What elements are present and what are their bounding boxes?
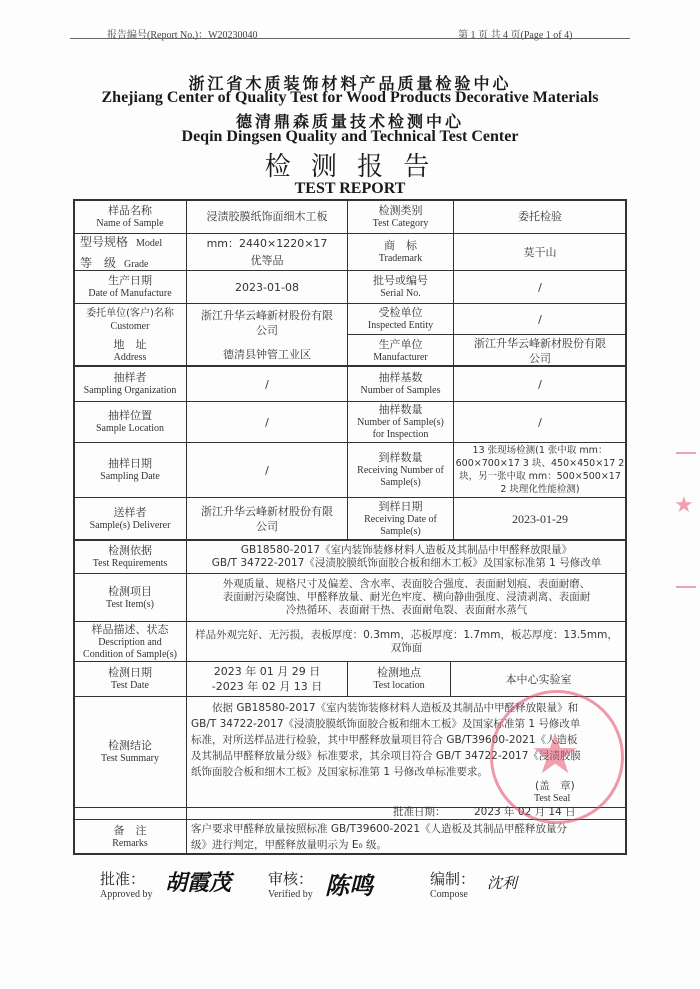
label-cn: 批号或编号	[373, 274, 428, 288]
label-en: Condition of Sample(s)	[83, 649, 177, 661]
value-line: 600×700×17 3 块、450×450×17 2	[456, 457, 625, 470]
receiving-date-label: 到样日期 Receiving Date of Sample(s)	[347, 497, 454, 541]
label-en: Receiving Number of	[357, 465, 444, 477]
deliverer-value: 浙江升华云峰新材股份有限 公司	[186, 497, 348, 541]
verified-label-en: Verified by	[268, 889, 313, 900]
test-items-value: 外观质量、规格尺寸及偏差、含水率、表面胶合强度、表面耐划痕、表面耐磨、 表面耐污…	[186, 573, 627, 622]
label-en: Inspected Entity	[368, 320, 433, 332]
test-requirements-value: GB18580-2017《室内装饰装修材料人造板及其制品中甲醛释放限量》 GB/…	[186, 540, 627, 574]
test-location-label: 检测地点 Test location	[347, 661, 451, 697]
deliverer-label: 送样者 Sample(s) Deliverer	[73, 497, 187, 541]
label-en: Serial No.	[380, 288, 421, 300]
value-text: 委托检验	[518, 209, 562, 224]
value-line: 依据 GB18580-2017《室内装饰装修材料人造板及其制品中甲醛释放限量》和	[191, 700, 578, 716]
value-line: 级》进行判定，甲醛释放量明示为 E₀ 级。	[191, 837, 387, 853]
value-line: 2 块理化性能检测)	[500, 483, 579, 496]
label-en: Name of Sample	[96, 218, 163, 230]
label-en: Sample(s) Deliverer	[90, 520, 171, 532]
label-cn: 生产日期	[108, 274, 152, 288]
receiving-number-value: 13 张现场检测(1 张中取 mm： 600×700×17 3 块、450×45…	[453, 442, 627, 498]
label-en: Receiving Date of	[364, 514, 437, 526]
label-en: Sample Location	[96, 423, 164, 435]
label-cn: 检测项目	[108, 585, 152, 599]
label-en: Test Item(s)	[106, 599, 154, 611]
side-seal-stamp	[676, 452, 696, 588]
value-text: 本中心实验室	[506, 672, 572, 687]
label-en: Remarks	[112, 838, 148, 850]
value-text: /	[265, 463, 269, 478]
value-text: /	[538, 377, 542, 392]
number-of-samples-value: /	[453, 366, 627, 402]
compose-label-en: Compose	[430, 889, 475, 900]
test-category-value: 委托检验	[453, 199, 627, 234]
label-cn: 抽样位置	[108, 409, 152, 423]
value-line: 及其制品甲醛释放量分级》标准要求，其余项目符合 GB/T 34722-2017《…	[191, 748, 581, 764]
value-line: 浙江升华云峰新材股份有限	[201, 308, 333, 323]
value-line: 公司	[256, 519, 278, 534]
value-line: GB/T 34722-2017《浸渍胶膜纸饰面胶合板和细木工板》及国家标准第 1…	[191, 716, 580, 732]
value-line: 外观质量、规格尺寸及偏差、含水率、表面胶合强度、表面耐划痕、表面耐磨、	[223, 578, 591, 591]
compose-signature: 沈利	[487, 872, 517, 893]
label-cn: 检测地点	[377, 666, 421, 680]
header-divider	[70, 38, 630, 39]
label-en: Model	[136, 238, 162, 249]
label-cn: 样品名称	[108, 204, 152, 218]
org2-title-en: Deqin Dingsen Quality and Technical Test…	[0, 128, 700, 146]
seal-label-cn: (盖 章)	[535, 779, 575, 794]
value-line: GB/T 34722-2017《浸渍胶膜纸饰面胶合板和细木工板》及国家标准第 1…	[212, 557, 601, 570]
label-cn: 抽样日期	[108, 457, 152, 471]
sampling-date-value: /	[186, 442, 348, 498]
value-line: 表面耐污染腐蚀、甲醛释放量、耐光色牢度、横向静曲强度、浸渍剥离、表面耐	[223, 591, 591, 604]
value-line: GB18580-2017《室内装饰装修材料人造板及其制品中甲醛释放限量》	[241, 544, 572, 557]
customer-value: 浙江升华云峰新材股份有限 公司	[201, 308, 333, 338]
value-text: /	[265, 377, 269, 392]
test-items-label: 检测项目 Test Item(s)	[73, 573, 187, 622]
test-category-label: 检测类别 Test Category	[347, 199, 454, 234]
sample-name-label: 样品名称 Name of Sample	[73, 199, 187, 234]
test-summary-label: 检测结论 Test Summary	[73, 696, 187, 808]
trademark-label: 商 标 Trademark	[347, 233, 454, 271]
serial-no-value: /	[453, 270, 627, 304]
model-grade-value: mm：2440×1220×17 优等品	[186, 233, 348, 271]
verified-by-block: 审核： Verified by	[268, 868, 313, 900]
value-line: 纸饰面胶合板和细木工板》及国家标准第 1 号修改单标准要求。	[191, 764, 488, 780]
receiving-date-value: 2023-01-29	[453, 497, 627, 541]
manufacture-date-label: 生产日期 Date of Manufacture	[73, 270, 187, 304]
value-text: 浸渍胶膜纸饰面细木工板	[207, 209, 328, 224]
label-en: Test Requirements	[93, 558, 168, 570]
approved-signature: 胡霞茂	[165, 866, 231, 897]
test-date-value: 2023 年 01 月 29 日 -2023 年 02 月 13 日	[186, 661, 348, 697]
label-en: Address	[114, 352, 147, 364]
report-number-value: W20230040	[208, 30, 257, 41]
value-line: 浙江升华云峰新材股份有限	[474, 336, 606, 351]
approval-date-value: 2023 年 02 月 14 日	[474, 805, 576, 820]
value-text: /	[538, 312, 542, 327]
label-cn: 到样日期	[379, 500, 423, 514]
label-cn: 到样数量	[379, 451, 423, 465]
inspected-entity-value: /	[453, 303, 627, 335]
number-of-samples-label: 抽样基数 Number of Samples	[347, 366, 454, 402]
value-text: 莫干山	[524, 245, 557, 260]
sample-location-value: /	[186, 401, 348, 443]
test-requirements-label: 检测依据 Test Requirements	[73, 540, 187, 574]
label-en: Trademark	[379, 253, 423, 265]
remarks-label: 备 注 Remarks	[73, 819, 187, 855]
value-text: 2023-01-08	[235, 280, 299, 295]
label-en: Sampling Date	[100, 471, 160, 483]
remarks-value: 客户要求甲醛释放量按照标准 GB/T39600-2021《人造板及其制品甲醛释放…	[186, 819, 627, 855]
value-text: 2023-01-29	[512, 512, 568, 527]
samples-for-inspection-label: 抽样数量 Number of Sample(s) for Inspection	[347, 401, 454, 443]
sample-name-value: 浸渍胶膜纸饰面细木工板	[186, 199, 348, 234]
label-cn: 检测结论	[108, 739, 152, 753]
label-en: Test Date	[111, 680, 149, 692]
trademark-value: 莫干山	[453, 233, 627, 271]
label-cn: 等 级	[80, 256, 116, 270]
approved-by-block: 批准： Approved by	[100, 868, 153, 900]
value-text: /	[538, 280, 542, 295]
value-line: -2023 年 02 月 13 日	[212, 679, 322, 694]
value-line: 浙江升华云峰新材股份有限	[201, 504, 333, 519]
model-label: 型号规格 Model	[80, 233, 162, 251]
manufacturer-value: 浙江升华云峰新材股份有限 公司	[453, 334, 627, 367]
receiving-number-label: 到样数量 Receiving Number of Sample(s)	[347, 442, 454, 498]
value-line: 样品外观完好、无污损，表板厚度：0.3mm，芯板厚度：1.7mm，板芯厚度：13…	[195, 629, 618, 642]
value-line: 公司	[201, 323, 333, 338]
value-line: 公司	[529, 351, 551, 366]
label-cn: 生产单位	[379, 338, 423, 352]
report-title-cn: 检 测 报 告	[0, 146, 700, 183]
value-line: 标准，对所送样品进行检验，其中甲醛释放量项目符合 GB/T39600-2021《…	[191, 732, 578, 748]
label-en: Date of Manufacture	[88, 288, 171, 300]
verified-signature: 陈鸣	[325, 866, 373, 901]
inspected-entity-label: 受检单位 Inspected Entity	[347, 303, 454, 335]
approved-label-en: Approved by	[100, 889, 153, 900]
label-cn: 商 标	[384, 239, 417, 253]
label-en: Test Summary	[101, 753, 159, 765]
sampling-org-label: 抽样者 Sampling Organization	[73, 366, 187, 402]
compose-label-cn: 编制：	[430, 868, 475, 889]
samples-for-inspection-value: /	[453, 401, 627, 443]
model-grade-label: 型号规格 Model 等 级 Grade	[73, 233, 187, 271]
label-en: Sample(s)	[380, 477, 421, 489]
label-en: Test Category	[373, 218, 429, 230]
sampling-date-label: 抽样日期 Sampling Date	[73, 442, 187, 498]
serial-no-label: 批号或编号 Serial No.	[347, 270, 454, 304]
label-en: Description and	[98, 637, 162, 649]
value-text: /	[538, 415, 542, 430]
value-line: 冷热循环、表面耐干热、表面耐龟裂、表面耐水蒸气	[286, 604, 528, 617]
label-en: Number of Samples	[361, 385, 441, 397]
label-cn: 受检单位	[379, 306, 423, 320]
label-cn: 抽样基数	[379, 371, 423, 385]
label-en: Number of Sample(s)	[357, 417, 444, 429]
label-en: Sampling Organization	[84, 385, 177, 397]
description-value: 样品外观完好、无污损，表板厚度：0.3mm，芯板厚度：1.7mm，板芯厚度：13…	[186, 621, 627, 662]
report-number-label: 报告编号(Report No.)：	[107, 30, 208, 41]
label-cn: 委托单位(客户)名称	[86, 307, 174, 321]
label-cn: 抽样者	[114, 371, 147, 385]
customer-address-value: 浙江升华云峰新材股份有限 公司 德清县钟管工业区	[186, 303, 348, 367]
label-en: Test location	[373, 680, 424, 692]
approved-label-cn: 批准：	[100, 868, 153, 889]
label-en: Sample(s)	[380, 526, 421, 538]
value-line: 2023 年 01 月 29 日	[214, 664, 320, 679]
label-cn: 检测日期	[108, 666, 152, 680]
description-label: 样品描述、状态 Description and Condition of Sam…	[73, 621, 187, 662]
label-cn: 抽样数量	[379, 403, 423, 417]
label-en: Customer	[86, 321, 174, 333]
test-date-label: 检测日期 Test Date	[73, 661, 187, 697]
label-cn: 样品描述、状态	[92, 623, 169, 637]
side-seal-star-icon: ★	[674, 492, 694, 518]
manufacturer-label: 生产单位 Manufacturer	[347, 334, 454, 367]
value-line: 13 张现场检测(1 张中取 mm：	[473, 444, 608, 457]
label-en: Manufacturer	[373, 352, 427, 364]
label-cn: 送样者	[114, 506, 147, 520]
label-cn: 检测依据	[108, 544, 152, 558]
value-text: /	[265, 415, 269, 430]
label-en: Grade	[124, 259, 148, 270]
address-label: 地 址 Address	[114, 338, 147, 364]
grade-label: 等 级 Grade	[80, 254, 148, 272]
label-cn: 地 址	[114, 338, 147, 352]
model-value: mm：2440×1220×17	[207, 236, 328, 251]
org1-title-en: Zhejiang Center of Quality Test for Wood…	[0, 89, 700, 107]
sampling-org-value: /	[186, 366, 348, 402]
value-line: 双饰面	[391, 642, 423, 655]
label-cn: 备 注	[114, 824, 147, 838]
label-en: for Inspection	[373, 429, 429, 441]
value-line: 客户要求甲醛释放量按照标准 GB/T39600-2021《人造板及其制品甲醛释放…	[191, 821, 567, 837]
compose-block: 编制： Compose	[430, 868, 475, 900]
customer-address-label: 委托单位(客户)名称 Customer 地 址 Address	[73, 303, 187, 367]
grade-value: 优等品	[251, 253, 284, 268]
label-cn: 检测类别	[379, 204, 423, 218]
address-value: 德清县钟管工业区	[223, 347, 311, 362]
report-title-en: TEST REPORT	[0, 180, 700, 198]
manufacture-date-value: 2023-01-08	[186, 270, 348, 304]
seal-label-en: Test Seal	[534, 793, 570, 805]
sample-location-label: 抽样位置 Sample Location	[73, 401, 187, 443]
customer-label: 委托单位(客户)名称 Customer	[86, 307, 174, 333]
approval-date-label: 批准日期：	[393, 805, 446, 820]
value-line: 块，另一张中取 mm：500×500×17	[459, 470, 621, 483]
test-location-value: 本中心实验室	[450, 661, 627, 697]
label-cn: 型号规格	[80, 235, 128, 249]
verified-label-cn: 审核：	[268, 868, 313, 889]
